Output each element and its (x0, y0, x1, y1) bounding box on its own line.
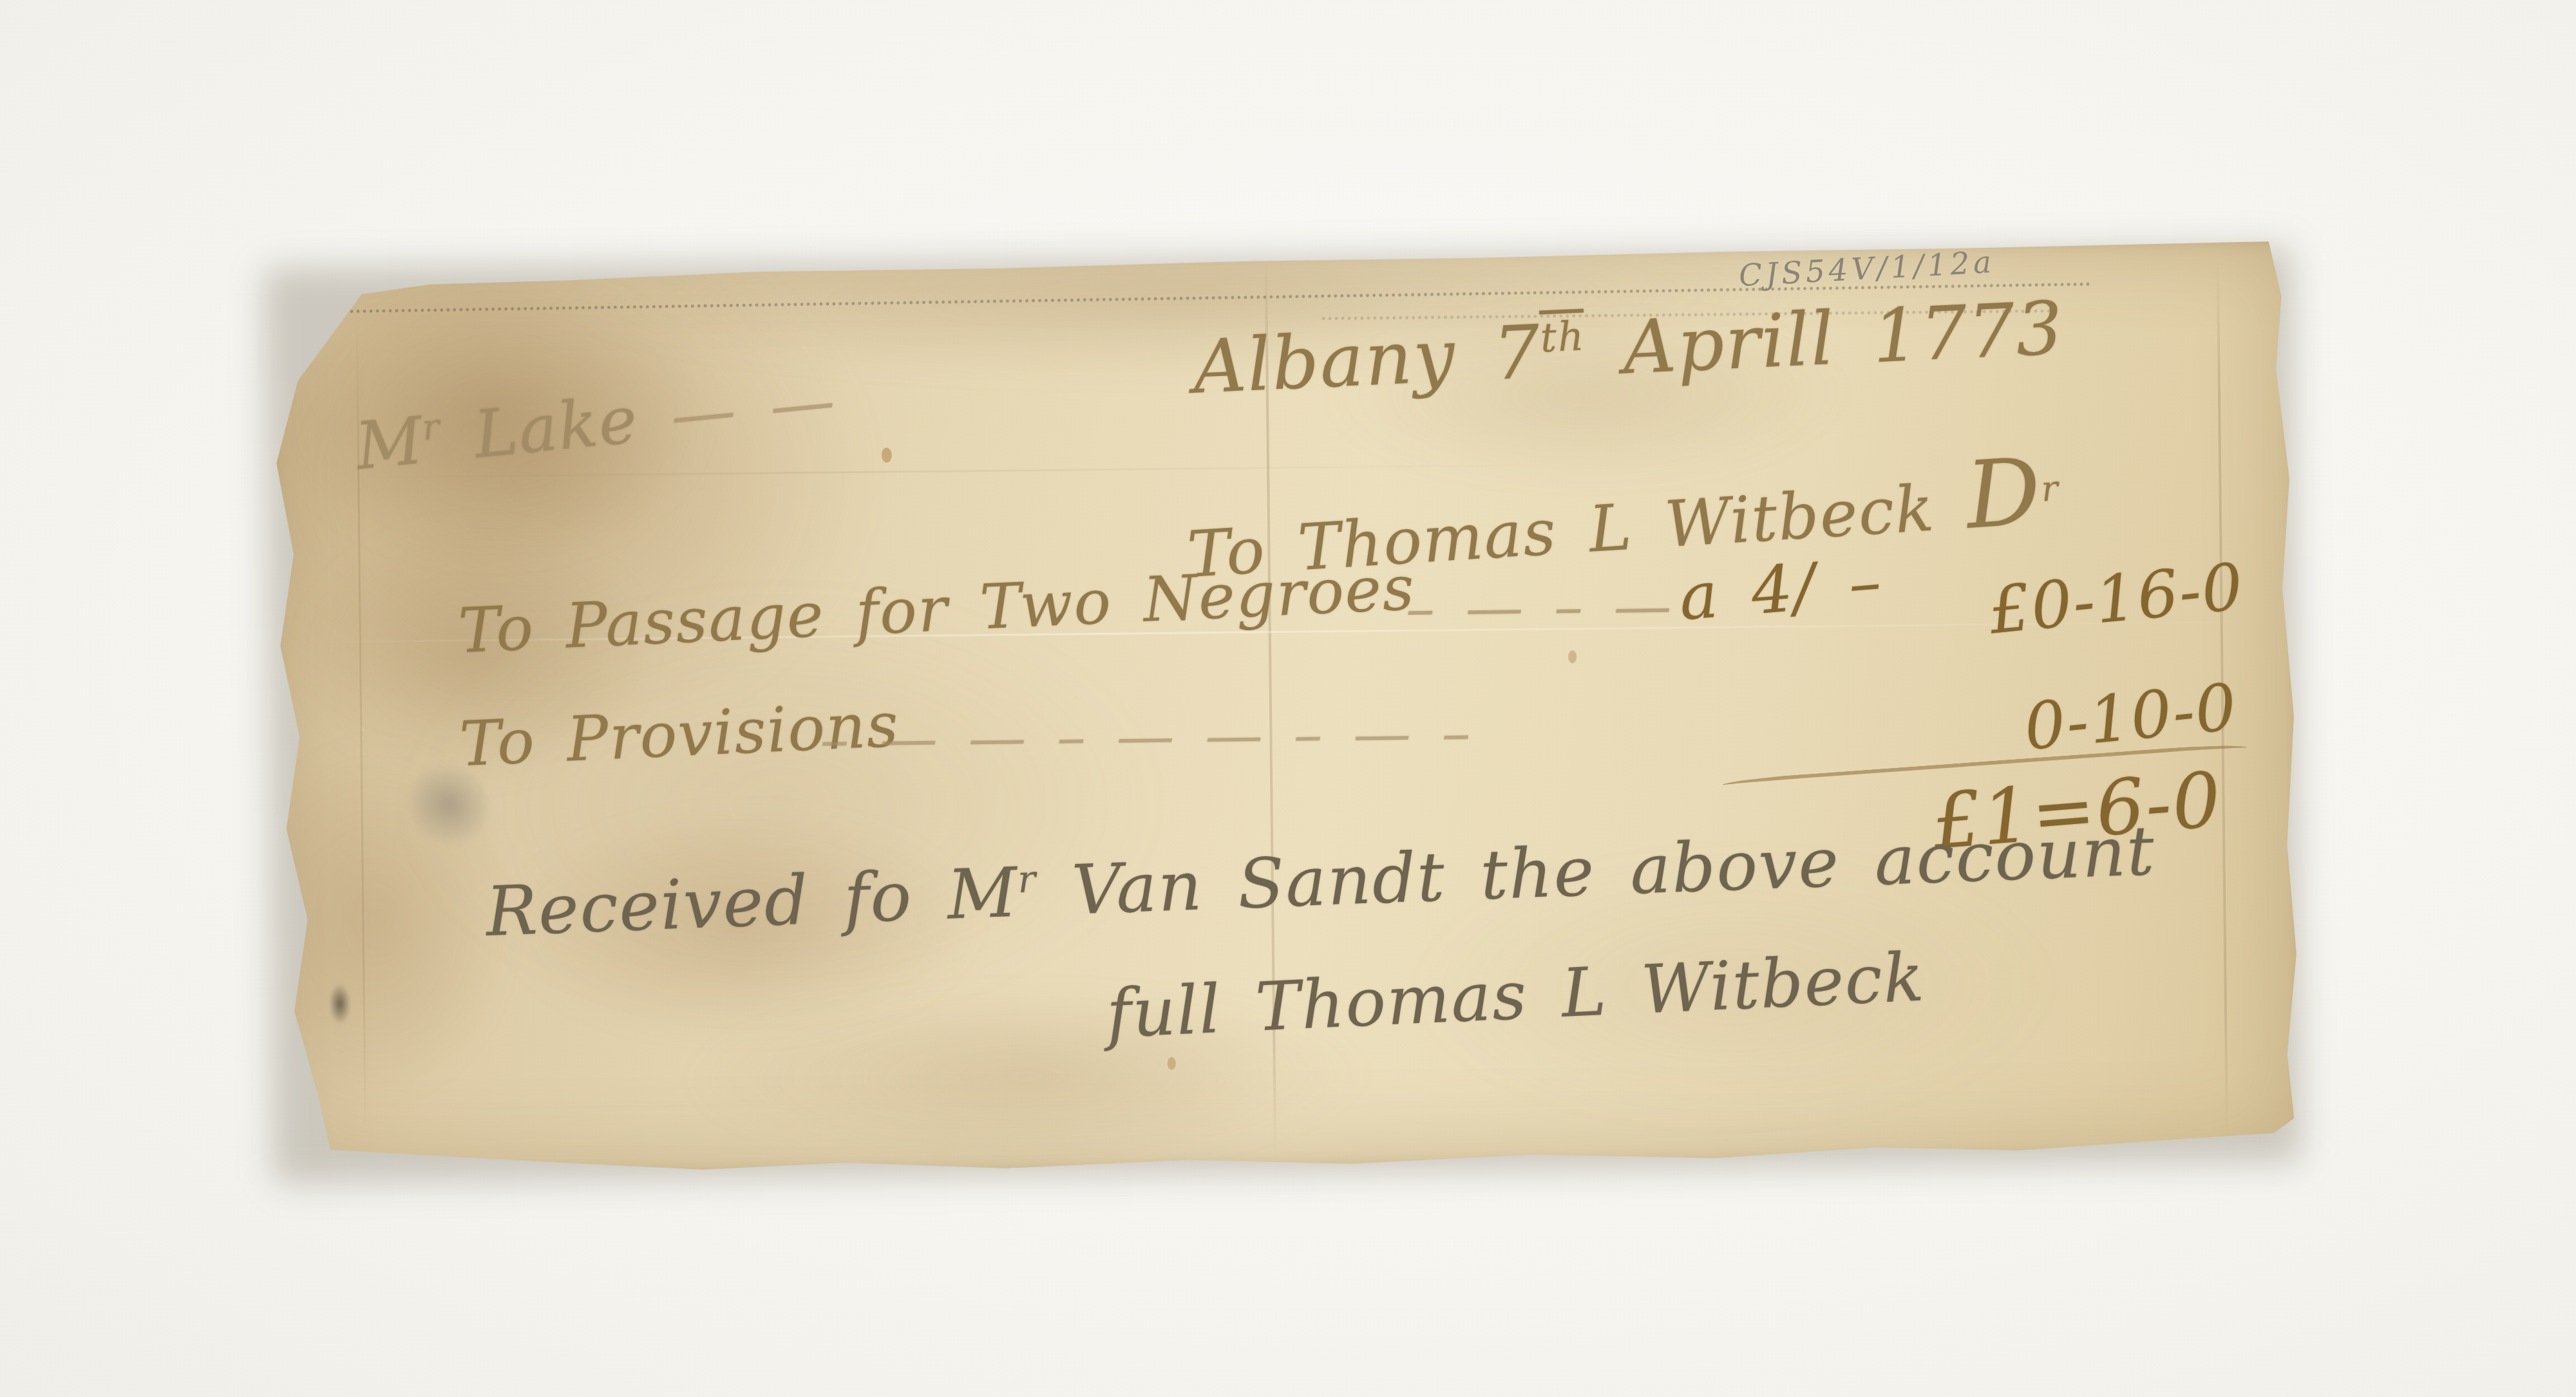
ink-blot (328, 983, 351, 1024)
foxing-speck (882, 447, 892, 462)
receipt-rest: Van Sandt the above account (1036, 811, 2157, 931)
account-entry-row: To Provisions – — — – — — – — – 0-10-0 (273, 681, 2298, 703)
receipt-title-superscript: r (1017, 857, 1037, 901)
signature-prefix: full (1105, 970, 1224, 1053)
dateline-place-day: Albany 7 (1191, 308, 1542, 409)
entry-dash-leader: – — — – — — – — – (820, 699, 1472, 774)
receipt-statement: Received fo Mr Van Sandt the above accou… (484, 811, 2156, 951)
debit-abbreviation-superscript: r (2040, 467, 2060, 509)
entry-dash-leader: – — – — (1405, 572, 1672, 642)
account-entry-row: To Passage for Two Negroes – — – — a 4/ … (272, 559, 2297, 581)
entry-description: To Passage for Two Negroes (457, 551, 1417, 666)
foxing-speck (1168, 1056, 1176, 1069)
day-ordinal-superscript: th (1539, 312, 1586, 361)
scanned-document-page: { "document": { "kind": "Handwritten rec… (0, 0, 2576, 1397)
signature-line: full Thomas L Witbeck (1105, 938, 1927, 1054)
receipt-paper: CJS54V/1/12a Albany 7th Aprill 1773 Mr L… (269, 241, 2303, 1176)
debit-abbreviation: D (1963, 437, 2045, 549)
scanner-background: CJS54V/1/12a Albany 7th Aprill 1773 Mr L… (0, 0, 2576, 1397)
entry-rate: a 4/ – (1676, 543, 1885, 635)
receipt-lead: Received fo M (484, 852, 1019, 951)
dateline: Albany 7th Aprill 1773 (1191, 285, 2065, 409)
foxing-speck (1568, 650, 1577, 663)
addressee-dashes: — — (634, 361, 839, 456)
addressee-title: M (352, 402, 427, 484)
signature-name: Thomas L Witbeck (1220, 938, 1927, 1048)
addressee-line: Mr Lake — — (352, 361, 839, 483)
dateline-month-year: Aprill 1773 (1583, 285, 2065, 392)
addressee-name: Lake (438, 381, 641, 476)
entry-amount: £0-16-0 (1986, 548, 2248, 648)
